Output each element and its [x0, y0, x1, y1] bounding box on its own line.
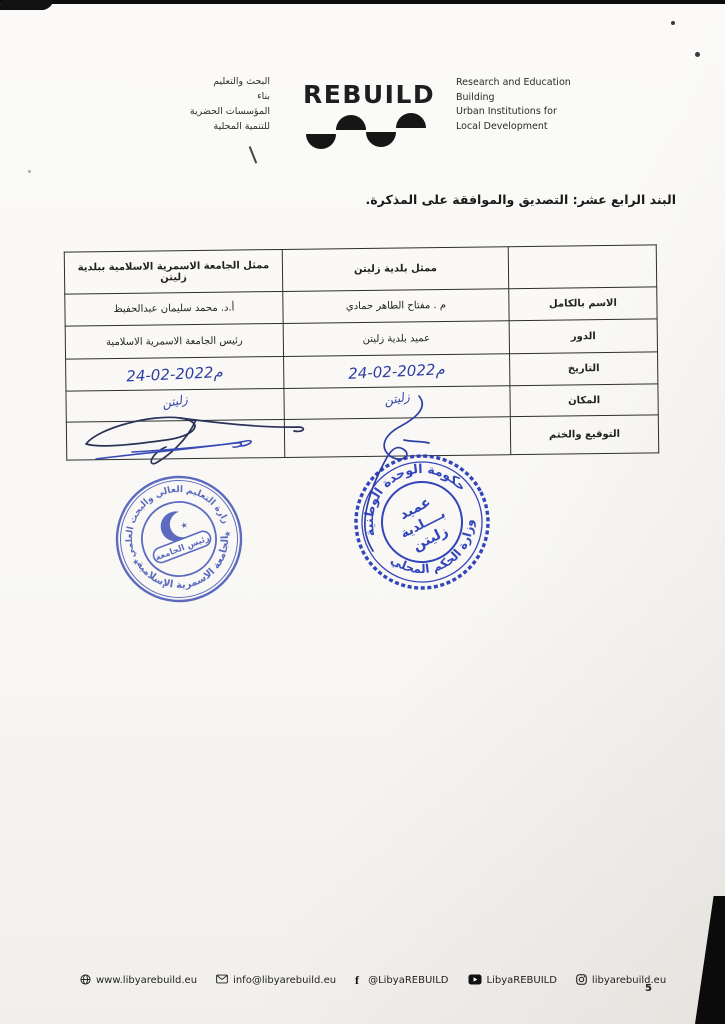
municipality-signature-cell — [284, 417, 510, 458]
row-label-signature-stamp: التوقيع والختم — [510, 415, 658, 455]
scan-edge-artifact — [0, 0, 54, 10]
university-rep-header: ممثل الجامعة الاسمرية الاسلامية ببلدية ز… — [64, 249, 282, 294]
scan-corner-artifact — [695, 896, 725, 1024]
table-header-row: ممثل بلدية زليتن ممثل الجامعة الاسمرية ا… — [64, 245, 656, 294]
logo-arabic-tagline: البحث والتعليم بناء المؤسسات الحضرية للت… — [170, 74, 270, 134]
tagline-line: البحث والتعليم — [170, 74, 270, 89]
municipality-name-cell: م . مفتاح الطاهر حمادي — [283, 289, 509, 324]
logo-english-tagline: Research and Education Building Urban In… — [456, 76, 586, 134]
university-signature-cell — [66, 419, 284, 460]
stamp-star-separator: ★ — [223, 529, 232, 540]
university-date-cell: م2022-02-24 — [66, 356, 284, 391]
handwritten-place: زليتن — [382, 389, 410, 408]
contact-footer: www.libyarebuild.eu info@libyarebuild.eu… — [80, 973, 655, 988]
university-place-cell: زليتن — [66, 388, 284, 422]
tagline-line: Building — [456, 91, 586, 106]
tagline-line: Urban Institutions for — [456, 105, 586, 120]
instagram-icon — [576, 974, 587, 988]
municipality-place-cell: زليتن — [284, 386, 510, 420]
university-name-cell: أ.د. محمد سليمان عبدالحفيظ — [65, 291, 283, 326]
stamp-banner: رئيس الجامعة — [151, 529, 212, 565]
university-role-cell: رئيس الجامعة الاسمرية الاسلامية — [65, 323, 283, 359]
handwritten-place: زليتن — [160, 392, 188, 411]
clause-title: البند الرابع عشر: التصديق والموافقة على … — [366, 192, 676, 207]
handwritten-date: م2022-02-24 — [348, 360, 445, 383]
signature-table: ممثل بلدية زليتن ممثل الجامعة الاسمرية ا… — [64, 244, 659, 460]
scanned-document-page: البحث والتعليم بناء المؤسسات الحضرية للت… — [0, 0, 725, 1024]
row-label-place: المكان — [510, 384, 658, 417]
footer-facebook-text: @LibyaREBUILD — [368, 975, 448, 986]
handwritten-date: م2022-02-24 — [126, 363, 223, 386]
corner-cell — [508, 245, 657, 289]
table-row: التوقيع والختم — [66, 415, 658, 460]
tagline-line: للتنمية المحلية — [170, 119, 270, 134]
footer-website-text: www.libyarebuild.eu — [96, 975, 197, 986]
rebuild-logo-wordmark: REBUILD — [303, 80, 433, 109]
email-icon — [216, 974, 228, 987]
facebook-icon: f — [355, 973, 363, 988]
tagline-line: المؤسسات الحضرية — [170, 104, 270, 119]
municipality-role-cell: عميد بلدية زليتن — [283, 321, 509, 357]
youtube-icon — [468, 974, 482, 988]
scan-speck — [695, 52, 700, 57]
footer-instagram: libyarebuild.eu — [576, 974, 666, 988]
svg-text:f: f — [355, 973, 360, 985]
footer-instagram-text: libyarebuild.eu — [592, 975, 666, 986]
row-label-date: التاريخ — [510, 352, 658, 386]
footer-youtube: LibyaREBUILD — [468, 974, 557, 988]
row-label-role: الدور — [509, 319, 657, 354]
page-number: 5 — [645, 983, 652, 994]
footer-website: www.libyarebuild.eu — [80, 974, 197, 988]
tagline-line: Research and Education — [456, 76, 586, 91]
footer-facebook: f @LibyaREBUILD — [355, 973, 448, 988]
footer-email: info@libyarebuild.eu — [216, 974, 336, 987]
tagline-line: بناء — [170, 89, 270, 104]
footer-email-text: info@libyarebuild.eu — [233, 975, 336, 986]
pen-stray-mark — [249, 146, 257, 163]
tagline-line: Local Development — [456, 120, 586, 135]
globe-icon — [80, 974, 91, 988]
footer-youtube-text: LibyaREBUILD — [487, 975, 557, 986]
municipality-date-cell: م2022-02-24 — [284, 354, 510, 389]
scan-speck — [28, 170, 31, 173]
star-icon: ★ — [179, 520, 188, 531]
university-stamp: وزارة التعليم العالي والبحث العلمي الجام… — [95, 455, 262, 622]
scan-speck — [671, 21, 675, 25]
municipality-rep-header: ممثل بلدية زليتن — [282, 247, 508, 292]
row-label-full-name: الاسم بالكامل — [509, 287, 657, 321]
scan-edge-artifact — [0, 0, 725, 4]
rebuild-wave-logo-icon — [306, 112, 428, 156]
